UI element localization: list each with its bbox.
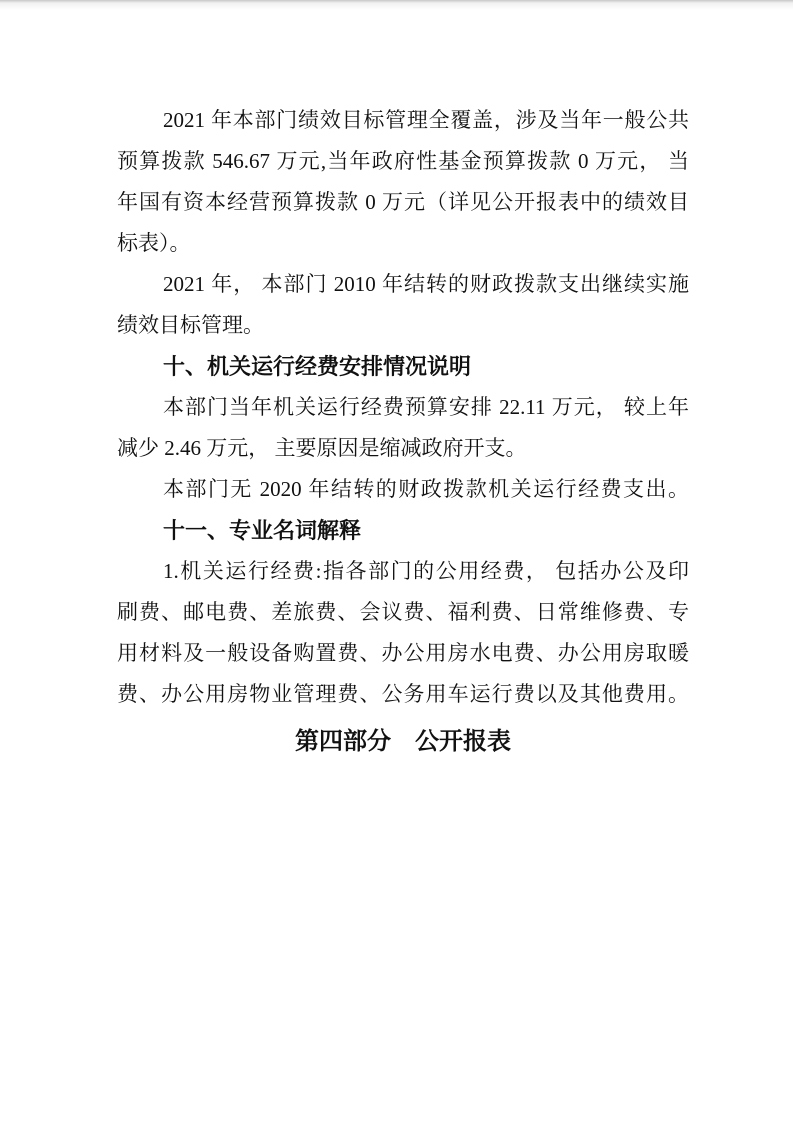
- section-heading: 十、机关运行经费安排情况说明: [117, 346, 689, 387]
- text-line: 十一、专业名词解释: [117, 510, 689, 551]
- text-line: 第四部分 公开报表: [117, 722, 689, 763]
- text-line: 费、办公用房物业管理费、公务用车运行费以及其他费用。: [117, 674, 689, 715]
- paragraph: 2021 年本部门绩效目标管理全覆盖，涉及当年一般公共预算拨款 546.67 万…: [117, 100, 689, 264]
- text-line: 2021 年本部门绩效目标管理全覆盖，涉及当年一般公共: [117, 100, 689, 141]
- text-line: 本部门无 2020 年结转的财政拨款机关运行经费支出。: [117, 469, 689, 510]
- text-line: 减少 2.46 万元， 主要原因是缩减政府开支。: [117, 428, 689, 469]
- text-line: 绩效目标管理。: [117, 305, 689, 346]
- text-line: 标表）。: [117, 223, 689, 264]
- section-heading: 十一、专业名词解释: [117, 510, 689, 551]
- paragraph: 本部门当年机关运行经费预算安排 22.11 万元， 较上年减少 2.46 万元，…: [117, 387, 689, 469]
- part-heading: 第四部分 公开报表: [117, 722, 689, 763]
- page-top-edge-shadow: [0, 0, 793, 10]
- text-line: 本部门当年机关运行经费预算安排 22.11 万元， 较上年: [117, 387, 689, 428]
- text-line: 刷费、邮电费、差旅费、会议费、福利费、日常维修费、专: [117, 592, 689, 633]
- paragraph: 本部门无 2020 年结转的财政拨款机关运行经费支出。: [117, 469, 689, 510]
- text-line: 预算拨款 546.67 万元,当年政府性基金预算拨款 0 万元， 当: [117, 141, 689, 182]
- paragraph: 2021 年， 本部门 2010 年结转的财政拨款支出继续实施绩效目标管理。: [117, 264, 689, 346]
- text-line: 用材料及一般设备购置费、办公用房水电费、办公用房取暖: [117, 633, 689, 674]
- text-line: 十、机关运行经费安排情况说明: [117, 346, 689, 387]
- text-line: 年国有资本经营预算拨款 0 万元（详见公开报表中的绩效目: [117, 182, 689, 223]
- text-block: 2021 年本部门绩效目标管理全覆盖，涉及当年一般公共预算拨款 546.67 万…: [117, 100, 689, 763]
- paragraph: 1.机关运行经费:指各部门的公用经费， 包括办公及印刷费、邮电费、差旅费、会议费…: [117, 551, 689, 715]
- text-line: 2021 年， 本部门 2010 年结转的财政拨款支出继续实施: [117, 264, 689, 305]
- document-page: 2021 年本部门绩效目标管理全覆盖，涉及当年一般公共预算拨款 546.67 万…: [0, 0, 793, 1122]
- text-line: 1.机关运行经费:指各部门的公用经费， 包括办公及印: [117, 551, 689, 592]
